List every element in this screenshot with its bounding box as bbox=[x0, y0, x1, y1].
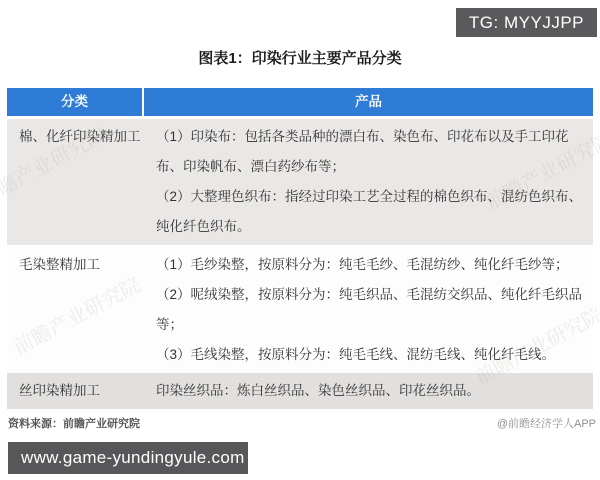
source-row: 资料来源：前瞻产业研究院 @前瞻经济学人APP bbox=[8, 415, 596, 431]
table-row: 丝印染精加工 印染丝织品：炼白丝织品、染色丝织品、印花丝织品。 bbox=[7, 373, 593, 409]
product-item: （2）呢绒染整，按原料分为：纯毛织品、毛混纺交织品、纯化纤毛织品等； bbox=[156, 280, 585, 340]
table-row: 棉、化纤印染精加工 （1）印染布：包括各类品种的漂白布、染色布、印花布以及手工印… bbox=[7, 119, 593, 247]
product-item: 印染丝织品：炼白丝织品、染色丝织品、印花丝织品。 bbox=[156, 376, 585, 406]
table-row: 毛染整精加工 （1）毛纱染整，按原料分为：纯毛毛纱、毛混纺纱、纯化纤毛纱等； （… bbox=[7, 247, 593, 373]
product-cell: （1）印染布：包括各类品种的漂白布、染色布、印花布以及手工印花布、印染帆布、漂白… bbox=[146, 119, 593, 245]
product-cell: 印染丝织品：炼白丝织品、染色丝织品、印花丝织品。 bbox=[146, 373, 593, 409]
product-item: （2）大整理色织布：指经过印染工艺全过程的棉色织布、混纺色织布、纯化纤色织布。 bbox=[156, 182, 585, 242]
site-url-bar: www.game-yundingyule.com bbox=[8, 442, 248, 474]
product-cell: （1）毛纱染整，按原料分为：纯毛毛纱、毛混纺纱、纯化纤毛纱等； （2）呢绒染整，… bbox=[146, 247, 593, 373]
category-cell: 丝印染精加工 bbox=[7, 373, 146, 409]
category-cell: 毛染整精加工 bbox=[7, 247, 146, 373]
page-title: 图表1：印染行业主要产品分类 bbox=[0, 47, 600, 68]
product-classification-table: 分类 产品 棉、化纤印染精加工 （1）印染布：包括各类品种的漂白布、染色布、印花… bbox=[7, 88, 593, 409]
product-item: （1）毛纱染整，按原料分为：纯毛毛纱、毛混纺纱、纯化纤毛纱等； bbox=[156, 250, 585, 280]
source-label: 资料来源：前瞻产业研究院 bbox=[8, 415, 140, 431]
header-cell-category: 分类 bbox=[7, 88, 144, 116]
product-item: （1）印染布：包括各类品种的漂白布、染色布、印花布以及手工印花布、印染帆布、漂白… bbox=[156, 122, 585, 182]
product-item: （3）毛线染整，按原料分为：纯毛毛线、混纺毛线、纯化纤毛线。 bbox=[156, 340, 585, 370]
report-figure-page: TG: MYYJJPP 图表1：印染行业主要产品分类 前瞻产业研究院 前瞻产业研… bbox=[0, 0, 600, 480]
header-cell-product: 产品 bbox=[144, 88, 593, 116]
table-header-row: 分类 产品 bbox=[7, 88, 593, 119]
category-cell: 棉、化纤印染精加工 bbox=[7, 119, 146, 245]
credit-label: @前瞻经济学人APP bbox=[497, 415, 596, 431]
tg-contact-badge: TG: MYYJJPP bbox=[456, 8, 597, 37]
